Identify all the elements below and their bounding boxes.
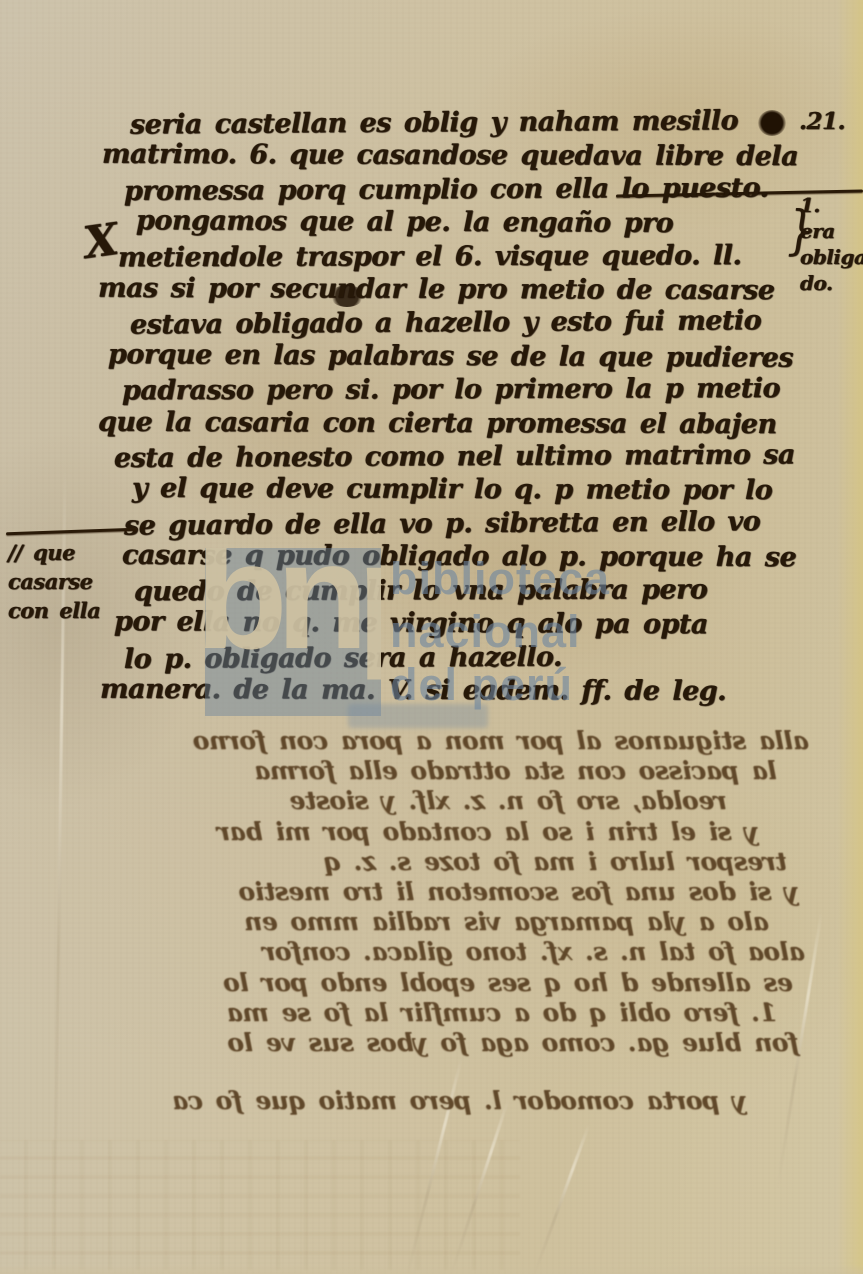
manuscript-line: se guardo de ella vo p. sibretta en ello… <box>124 504 850 542</box>
showthrough-line: la pacisso con sta ottrado ella forma <box>95 756 777 786</box>
showthrough-line: trespor lulro i ma fo toze s. z. q <box>95 847 787 877</box>
showthrough-line: 1. fero obli q do a cumflir la fo se ma <box>95 998 777 1028</box>
showthrough-line: alo a yla pamarga vis radlia mmo en <box>95 907 769 937</box>
showthrough-line: es allende d ho q ses epobl endo por lo <box>95 968 793 998</box>
margin-note-line: // que <box>8 538 128 567</box>
ink-showthrough-text: alla stiguanos al por mon a pora con for… <box>95 726 819 1116</box>
manuscript-scan: .21. } 1. era obliga do. X seria castell… <box>0 0 863 1274</box>
manuscript-line: casarse q pudo obligado alo p. porque ha… <box>122 539 850 575</box>
manuscript-line: manera. de la ma. V. si eadem. ff. de le… <box>100 673 850 709</box>
manuscript-line: y el que deve cumplir lo q. p metio por … <box>132 472 850 508</box>
page-edge-bottom <box>0 1264 863 1274</box>
manuscript-line: lo p. obligado sera a hazello. <box>124 639 850 676</box>
manuscript-line: quedo de cumplir lo vna palabra pero <box>134 572 850 608</box>
margin-note-line: casarse <box>8 567 128 596</box>
showthrough-line: y si el trin i so la contado por mi bar <box>95 817 759 847</box>
showthrough-line: y si dos una fos scometon li tro mestio <box>95 877 799 907</box>
manuscript-body-text: seria castellan es oblig y naham mesillo… <box>92 106 850 707</box>
manuscript-line: mas si por secundar le pro metio de casa… <box>98 272 850 308</box>
showthrough-line: aloa fo tal n. s. xf. tono gilaca. confo… <box>95 937 805 967</box>
manuscript-line: esta de honesto como nel ultimo matrimo … <box>114 438 850 475</box>
manuscript-line: porque en las palabras se de la que pudi… <box>108 338 850 375</box>
showthrough-line: fon blue ga. como aga fo ybos sus ve lo <box>95 1028 799 1058</box>
manuscript-line: pongamos que al pe. la engaño pro <box>136 204 850 241</box>
showthrough-line: reolda, sro fo n. z. xlf. y sioste <box>95 786 727 816</box>
verso-bleed-dots <box>0 1140 520 1270</box>
manuscript-line: padrasso pero si. por lo primero la p me… <box>122 372 850 408</box>
showthrough-line: y porta comodor l. pero matio que fo ca <box>95 1086 747 1116</box>
showthrough-line: alla stiguanos al por mon a pora con for… <box>95 726 809 756</box>
manuscript-line: promessa porq cumplio con ella lo puesto… <box>124 171 850 208</box>
manuscript-line: seria castellan es oblig y naham mesillo <box>130 103 850 141</box>
manuscript-line: matrimo. 6. que casandose quedava libre … <box>102 138 850 174</box>
left-margin-note: // que casarse con ella <box>8 538 128 625</box>
manuscript-line: estava obligado a hazello y esto fui met… <box>130 304 850 342</box>
manuscript-line: por ella no q. me virgino q alo pa opta <box>114 605 850 642</box>
margin-note-line: con ella <box>8 596 128 625</box>
manuscript-line: que la casaria con cierta promessa el ab… <box>98 405 850 441</box>
manuscript-line: metiendole traspor el 6. visque quedo. l… <box>118 238 850 274</box>
